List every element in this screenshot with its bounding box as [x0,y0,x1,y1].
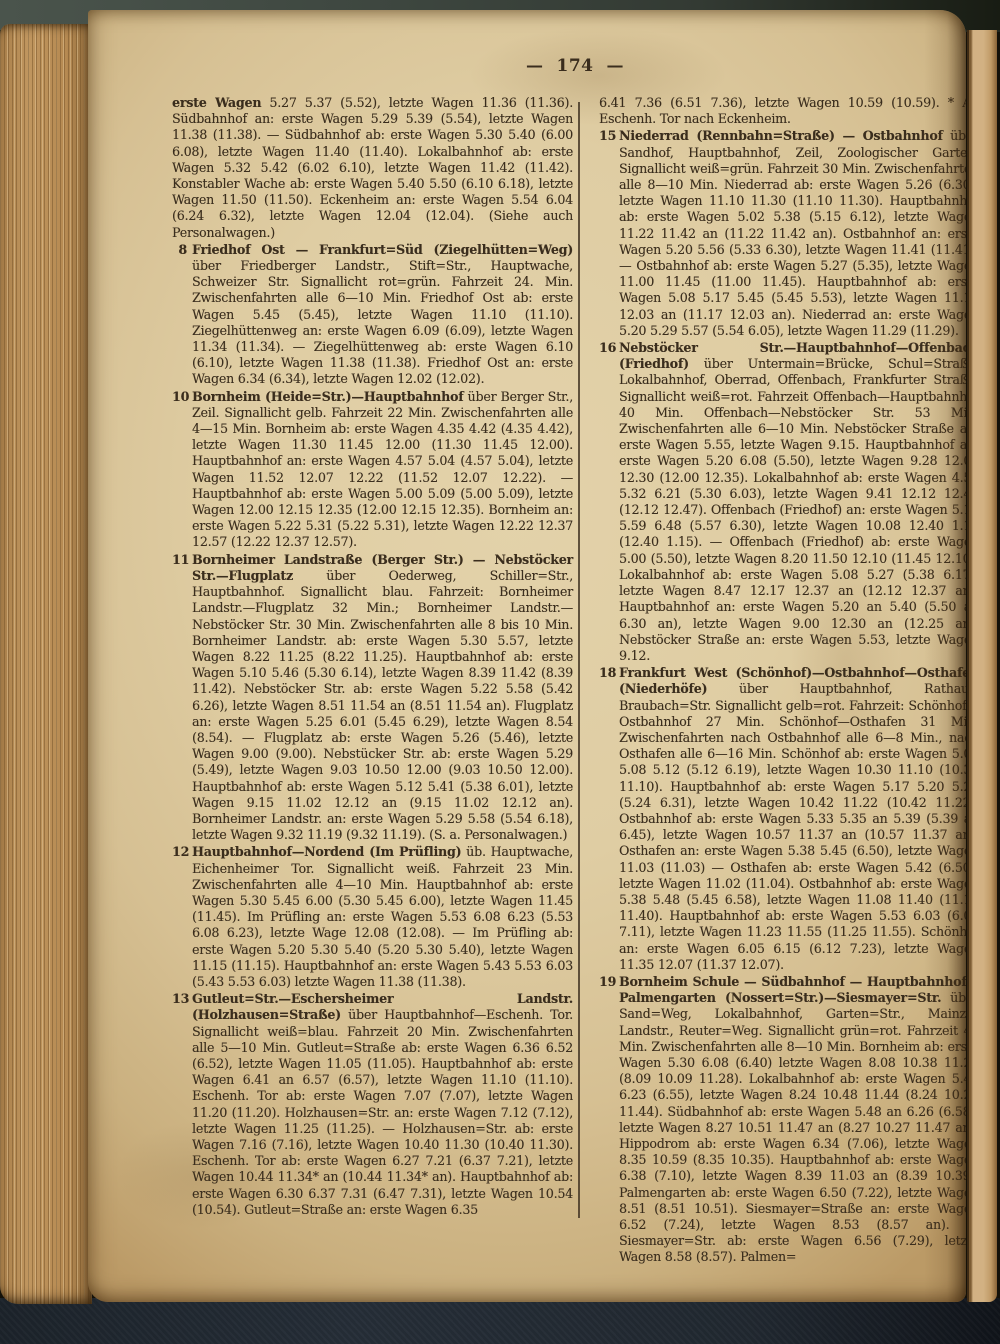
timetable-entry: 10Bornheim (Heide=Str.)—Hauptbahnhof übe… [172,389,573,551]
entry-number: 15 [599,128,614,144]
entry-number: 19 [599,974,614,990]
right-column: 6.41 7.36 (6.51 7.36), letzte Wagen 10.5… [599,95,966,1267]
stacked-page-edges [0,24,92,1304]
timetable-entry: 18Frankfurt West (Schönhof)—Ostbahnhof—O… [599,665,966,973]
header-dash-right: — [607,56,625,76]
left-column: erste Wagen 5.27 5.37 (5.52), letzte Wag… [172,95,573,1219]
entry-schedule-text: über Hauptbahnhof, Rathaus, Braubach=Str… [619,681,966,971]
entry-lead: erste Wagen [172,95,261,110]
timetable-entry: 11Bornheimer Landstraße (Berger Str.) — … [172,552,573,844]
entry-schedule-text: über Oederweg, Schiller=Str., Hauptbahnh… [192,568,573,842]
entry-number: 13 [172,991,187,1007]
timetable-entry-continuation: 6.41 7.36 (6.51 7.36), letzte Wagen 10.5… [599,95,966,127]
column-divider-rule [578,102,580,1218]
entry-route-title: Bornheim Schule — Südbahnhof — Hauptbahn… [619,974,966,1005]
entry-route-title: Friedhof Ost — Frankfurt=Süd (Ziegelhütt… [192,242,573,257]
timetable-entry: 16Nebstöcker Str.—Hauptbahnhof—Offenbach… [599,340,966,664]
entry-schedule-text: über Berger Str., Zeil. Signallicht gelb… [192,389,573,550]
entry-schedule-text: üb. Hauptwache, Eichenheimer Tor. Signal… [192,844,573,989]
page-number: 174 [557,56,594,76]
entry-route-title: Hauptbahnhof—Nordend (Im Prüfling) [192,844,461,859]
entry-schedule-text: 5.27 5.37 (5.52), letzte Wagen 11.36 (11… [172,95,573,240]
entry-route-title: Niederrad (Rennbahn=Straße) — Ostbahnhof [619,128,943,143]
entry-number: 10 [172,389,187,405]
entry-number: 8 [172,242,187,258]
timetable-entry: 19Bornheim Schule — Südbahnhof — Hauptba… [599,974,966,1266]
page-header: —174— [172,56,966,76]
entry-schedule-text: über Hauptbahnhof—Eschenh. Tor. Signalli… [192,1007,573,1216]
next-page-edge [967,30,997,1302]
entry-route-title: Bornheim (Heide=Str.)—Hauptbahnhof [192,389,463,404]
entry-number: 11 [172,552,187,568]
timetable-entry: 8Friedhof Ost — Frankfurt=Süd (Ziegelhüt… [172,242,573,388]
timetable-entry-continuation: erste Wagen 5.27 5.37 (5.52), letzte Wag… [172,95,573,241]
book-cover-bottom [0,1298,1000,1344]
entry-schedule-text: über Sandhof, Hauptbahnhof, Zeil, Zoolog… [619,128,966,337]
entry-schedule-text: über Untermain=Brücke, Schul=Straße, Lok… [619,356,966,663]
entry-schedule-text: über Sand=Weg, Lokalbahnhof, Garten=Str.… [619,990,966,1264]
scanned-book-page: { "header": { "left_dash": "—", "page_nu… [0,0,1000,1344]
entry-number: 16 [599,340,614,356]
entry-number: 12 [172,844,187,860]
header-dash-left: — [526,56,544,76]
entry-number: 18 [599,665,614,681]
timetable-entry: 15Niederrad (Rennbahn=Straße) — Ostbahnh… [599,128,966,339]
timetable-entry: 12Hauptbahnhof—Nordend (Im Prüfling) üb.… [172,844,573,990]
entry-schedule-text: 6.41 7.36 (6.51 7.36), letzte Wagen 10.5… [599,95,966,126]
timetable-entry: 13Gutleut=Str.—Eschersheimer Landstr. (H… [172,991,573,1218]
book-page: —174— erste Wagen 5.27 5.37 (5.52), letz… [88,10,966,1302]
entry-schedule-text: über Friedberger Landstr., Stift=Str., H… [192,258,573,386]
